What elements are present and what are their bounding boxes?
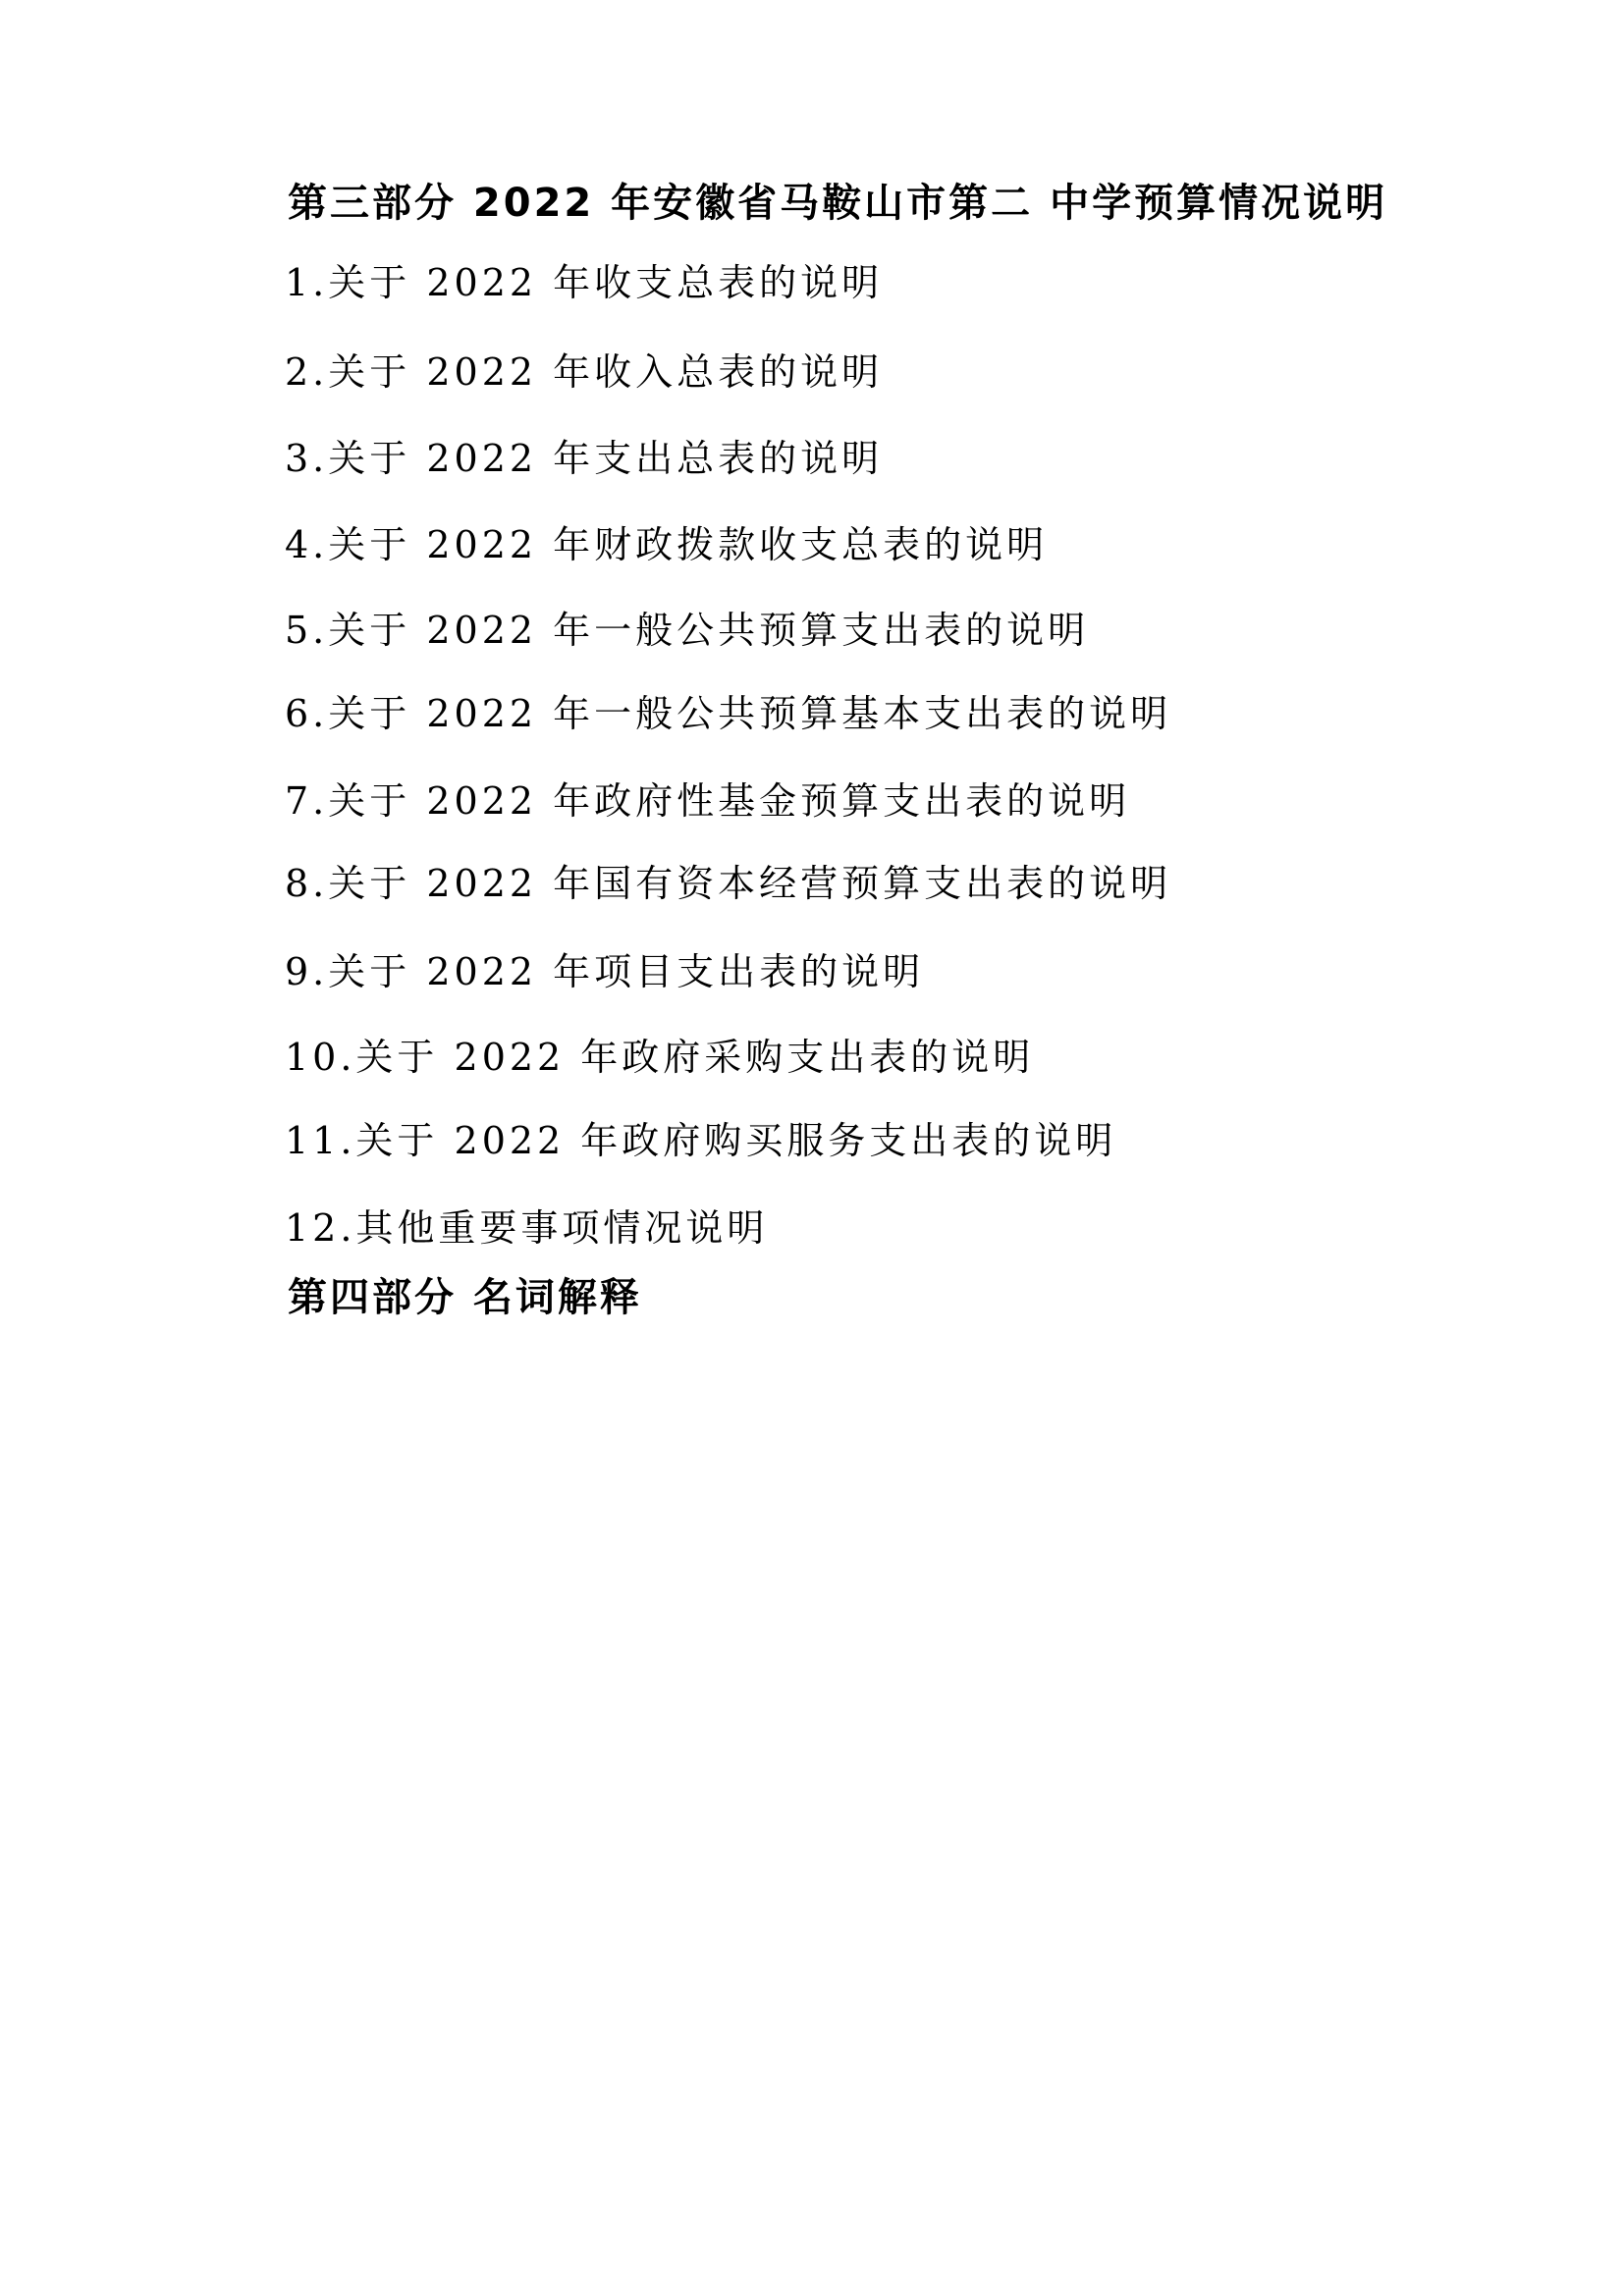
document-page: 第三部分 2022 年安徽省马鞍山市第二 中学预算情况说明 1.关于 2022 …	[0, 0, 1624, 2296]
part3-heading: 第三部分 2022 年安徽省马鞍山市第二 中学预算情况说明	[288, 184, 1387, 223]
toc-item-6: 6.关于 2022 年一般公共预算基本支出表的说明	[285, 695, 1171, 732]
toc-item-11: 11.关于 2022 年政府购买服务支出表的说明	[285, 1122, 1116, 1159]
toc-item-12: 12.其他重要事项情况说明	[285, 1209, 768, 1247]
toc-item-1: 1.关于 2022 年收支总表的说明	[285, 264, 883, 301]
toc-item-10: 10.关于 2022 年政府采购支出表的说明	[285, 1039, 1034, 1076]
toc-item-8: 8.关于 2022 年国有资本经营预算支出表的说明	[285, 865, 1171, 902]
toc-item-9: 9.关于 2022 年项目支出表的说明	[285, 953, 924, 990]
toc-item-3: 3.关于 2022 年支出总表的说明	[285, 440, 883, 477]
toc-item-5: 5.关于 2022 年一般公共预算支出表的说明	[285, 612, 1089, 649]
toc-item-2: 2.关于 2022 年收入总表的说明	[285, 353, 883, 391]
toc-item-7: 7.关于 2022 年政府性基金预算支出表的说明	[285, 782, 1130, 820]
toc-item-4: 4.关于 2022 年财政拨款收支总表的说明	[285, 526, 1048, 563]
part4-heading: 第四部分 名词解释	[288, 1278, 642, 1317]
